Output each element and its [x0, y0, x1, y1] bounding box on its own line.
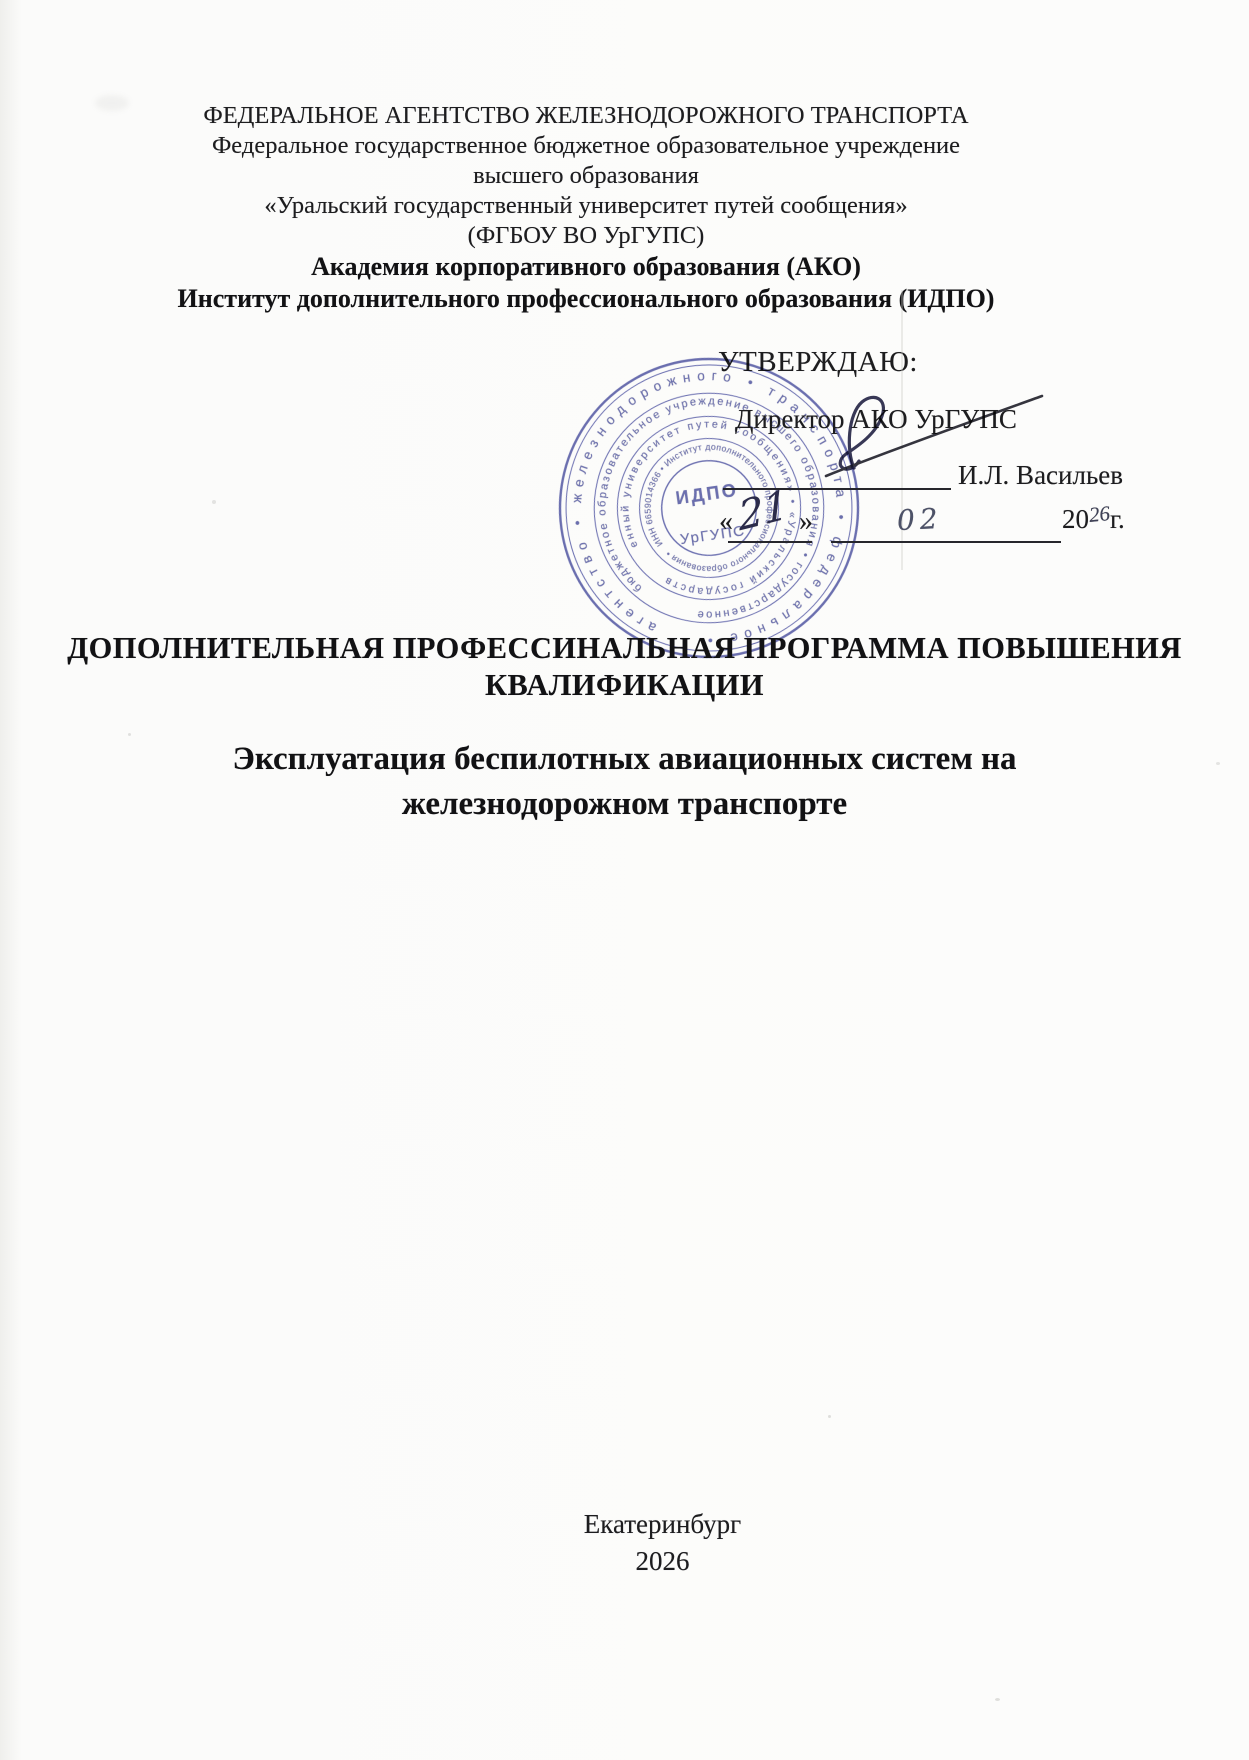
federal-agency-line: ФЕДЕРАЛЬНОЕ АГЕНТСТВО ЖЕЛЕЗНОДОРОЖНОГО Т…: [0, 101, 1172, 131]
institute-line: Институт дополнительного профессионально…: [0, 283, 1172, 315]
director-signature-icon: [796, 372, 1086, 502]
date-day-underline: [728, 541, 812, 543]
handwritten-month: 02: [896, 502, 943, 537]
stamp-center-idpo: ИДПО: [674, 480, 739, 509]
scan-speck: [828, 1415, 831, 1418]
year-unit: г.: [1110, 504, 1125, 534]
footer-city: Екатеринбург: [76, 1506, 1249, 1543]
program-title: Эксплуатация беспилотных авиационных сис…: [154, 737, 1095, 827]
date-quote-open: «: [719, 506, 733, 538]
institution-type-line: Федеральное государственное бюджетное об…: [0, 131, 1172, 161]
document-page: ФЕДЕРАЛЬНОЕ АГЕНТСТВО ЖЕЛЕЗНОДОРОЖНОГО Т…: [0, 0, 1249, 1760]
institution-header: ФЕДЕРАЛЬНОЕ АГЕНТСТВО ЖЕЛЕЗНОДОРОЖНОГО Т…: [0, 101, 1172, 315]
scan-smudge: [95, 95, 129, 111]
handwritten-year-suffix: 26: [1088, 501, 1111, 528]
university-abbr-line: (ФГБОУ ВО УрГУПС): [0, 221, 1172, 251]
date-quote-close: »: [799, 506, 813, 538]
date-year: 2026г.: [1062, 504, 1125, 535]
document-type-title: ДОПОЛНИТЕЛЬНАЯ ПРОФЕССИНАЛЬНАЯ ПРОГРАММА…: [12, 629, 1236, 703]
stamp-center-urgups: УрГУПС: [679, 522, 747, 548]
academy-line: Академия корпоративного образования (АКО…: [0, 251, 1172, 283]
university-name-line: «Уральский государственный университет п…: [0, 191, 1172, 221]
footer-year: 2026: [76, 1543, 1249, 1580]
date-month-underline: [831, 541, 1061, 543]
education-level-line: высшего образования: [0, 161, 1172, 191]
year-prefix: 20: [1062, 504, 1089, 534]
scan-speck: [212, 500, 216, 504]
scan-speck: [1216, 762, 1220, 765]
scan-speck: [995, 1698, 1000, 1701]
scan-speck: [128, 733, 131, 736]
footer: Екатеринбург 2026: [76, 1506, 1249, 1580]
